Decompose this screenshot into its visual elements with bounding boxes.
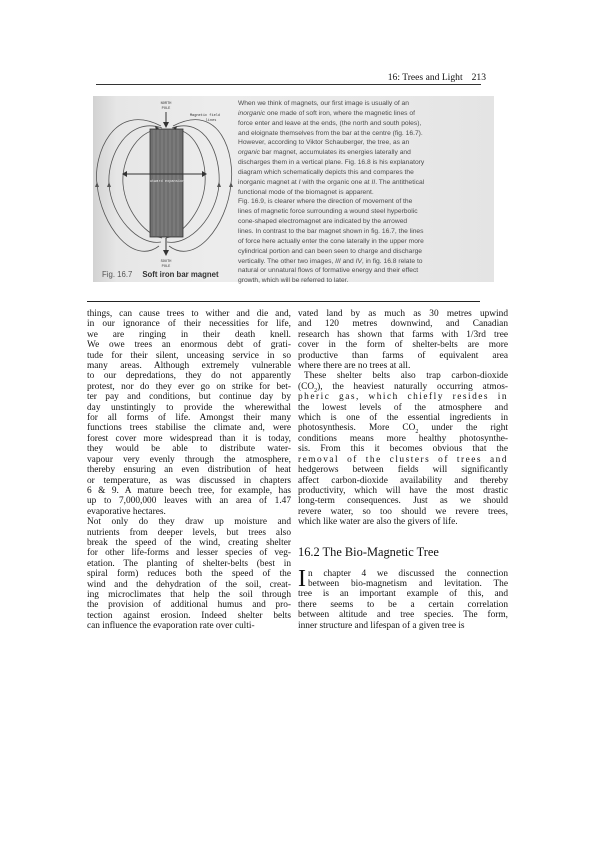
right-column: vated land by as much as 30 metres upwin… bbox=[298, 309, 508, 631]
south-pole-label: SOUTH bbox=[161, 260, 172, 264]
figure-description: When we think of magnets, our first imag… bbox=[238, 99, 490, 286]
header-rule bbox=[96, 84, 481, 85]
svg-text:POLE: POLE bbox=[162, 107, 171, 111]
figure-rule bbox=[87, 301, 480, 302]
page-number: 213 bbox=[472, 72, 486, 83]
field-lines-label: Magnetic field bbox=[190, 113, 220, 118]
left-column: things, can cause trees to wither and di… bbox=[87, 309, 291, 632]
section-heading: 16.2 The Bio-Magnetic Tree bbox=[298, 545, 508, 559]
running-head: 16: Trees and Light213 bbox=[86, 71, 486, 85]
svg-text:POLE: POLE bbox=[162, 265, 171, 268]
figure-number: Fig. 16.7 bbox=[102, 270, 132, 279]
svg-text:lines: lines bbox=[206, 118, 217, 123]
figure-16-7: NORTH POLE Magnetic field lines outward … bbox=[93, 96, 494, 282]
section-body: I n chapter 4 we discussed the connectio… bbox=[298, 569, 508, 631]
figure-caption: Fig. 16.7Soft iron bar magnet bbox=[102, 270, 219, 279]
bar-magnet-diagram: NORTH POLE Magnetic field lines outward … bbox=[93, 96, 235, 268]
outward-expansion-label: outward expansion bbox=[148, 179, 185, 184]
drop-cap: I bbox=[298, 570, 306, 589]
figure-title: Soft iron bar magnet bbox=[142, 270, 218, 279]
north-pole-label: NORTH bbox=[161, 102, 172, 106]
chapter-title: 16: Trees and Light bbox=[388, 72, 463, 83]
